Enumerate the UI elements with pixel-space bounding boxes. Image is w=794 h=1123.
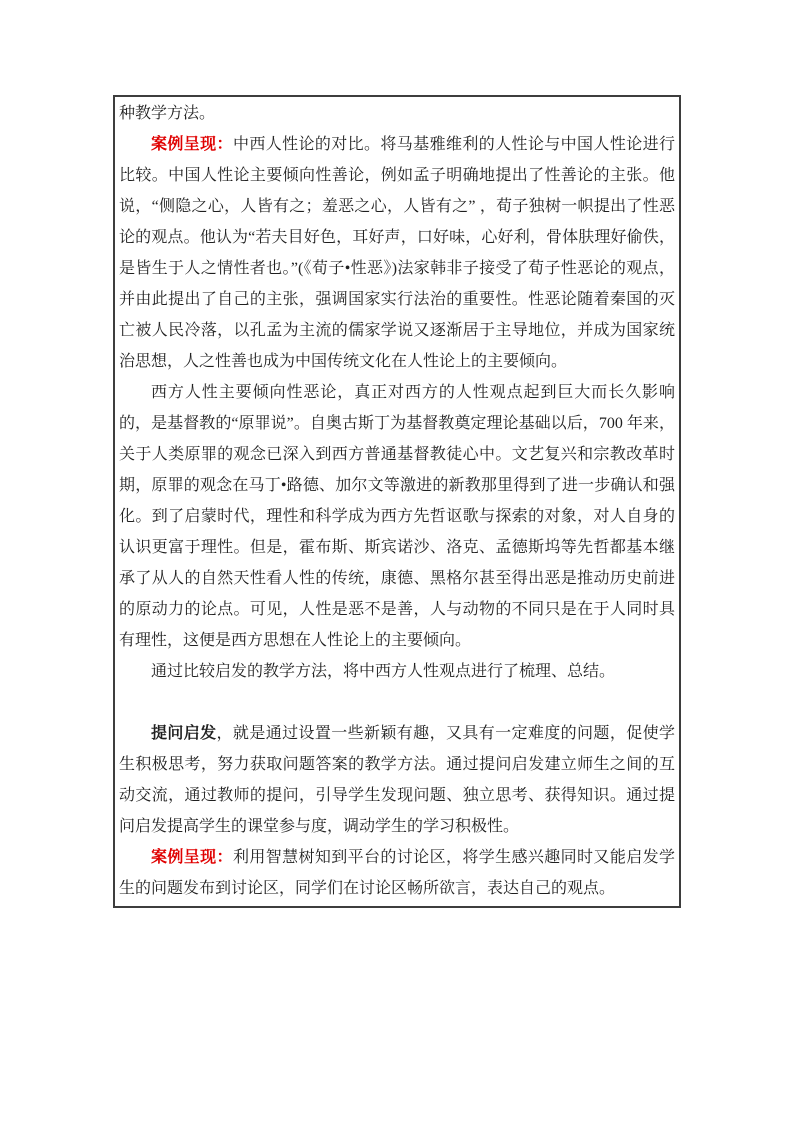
text-run: 种教学方法。 xyxy=(119,105,215,122)
paragraph-case-1: 案例呈现：中西人性论的对比。将马基雅维利的人性论与中国人性论进行比较。中国人性论… xyxy=(119,129,675,377)
text-run: 通过比较启发的教学方法，将中西方人性观点进行了梳理、总结。 xyxy=(151,663,615,680)
blank-line xyxy=(119,687,675,718)
paragraph-body-3: 通过比较启发的教学方法，将中西方人性观点进行了梳理、总结。 xyxy=(119,656,675,687)
paragraph-continuation-0: 种教学方法。 xyxy=(119,98,675,129)
table-cell: 种教学方法。案例呈现：中西人性论的对比。将马基雅维利的人性论与中国人性论进行比较… xyxy=(113,95,681,908)
method-name: 提问启发 xyxy=(151,725,217,742)
document-page: 种教学方法。案例呈现：中西人性论的对比。将马基雅维利的人性论与中国人性论进行比较… xyxy=(0,0,794,1123)
paragraph-case-6: 案例呈现：利用智慧树知到平台的讨论区，将学生感兴趣同时又能启发学生的问题发布到讨… xyxy=(119,842,675,904)
paragraph-body-2: 西方人性主要倾向性恶论，真正对西方的人性观点起到巨大而长久影响的，是基督教的“原… xyxy=(119,377,675,656)
case-label: 案例呈现： xyxy=(151,849,233,866)
paragraph-method-5: 提问启发，就是通过设置一些新颖有趣，又具有一定难度的问题，促使学生积极思考，努力… xyxy=(119,718,675,842)
text-run: 中西人性论的对比。将马基雅维利的人性论与中国人性论进行比较。中国人性论主要倾向性… xyxy=(119,136,675,370)
text-run: 西方人性主要倾向性恶论，真正对西方的人性观点起到巨大而长久影响的，是基督教的“原… xyxy=(119,384,675,649)
document-body: 种教学方法。案例呈现：中西人性论的对比。将马基雅维利的人性论与中国人性论进行比较… xyxy=(119,98,675,904)
case-label: 案例呈现： xyxy=(151,136,233,153)
